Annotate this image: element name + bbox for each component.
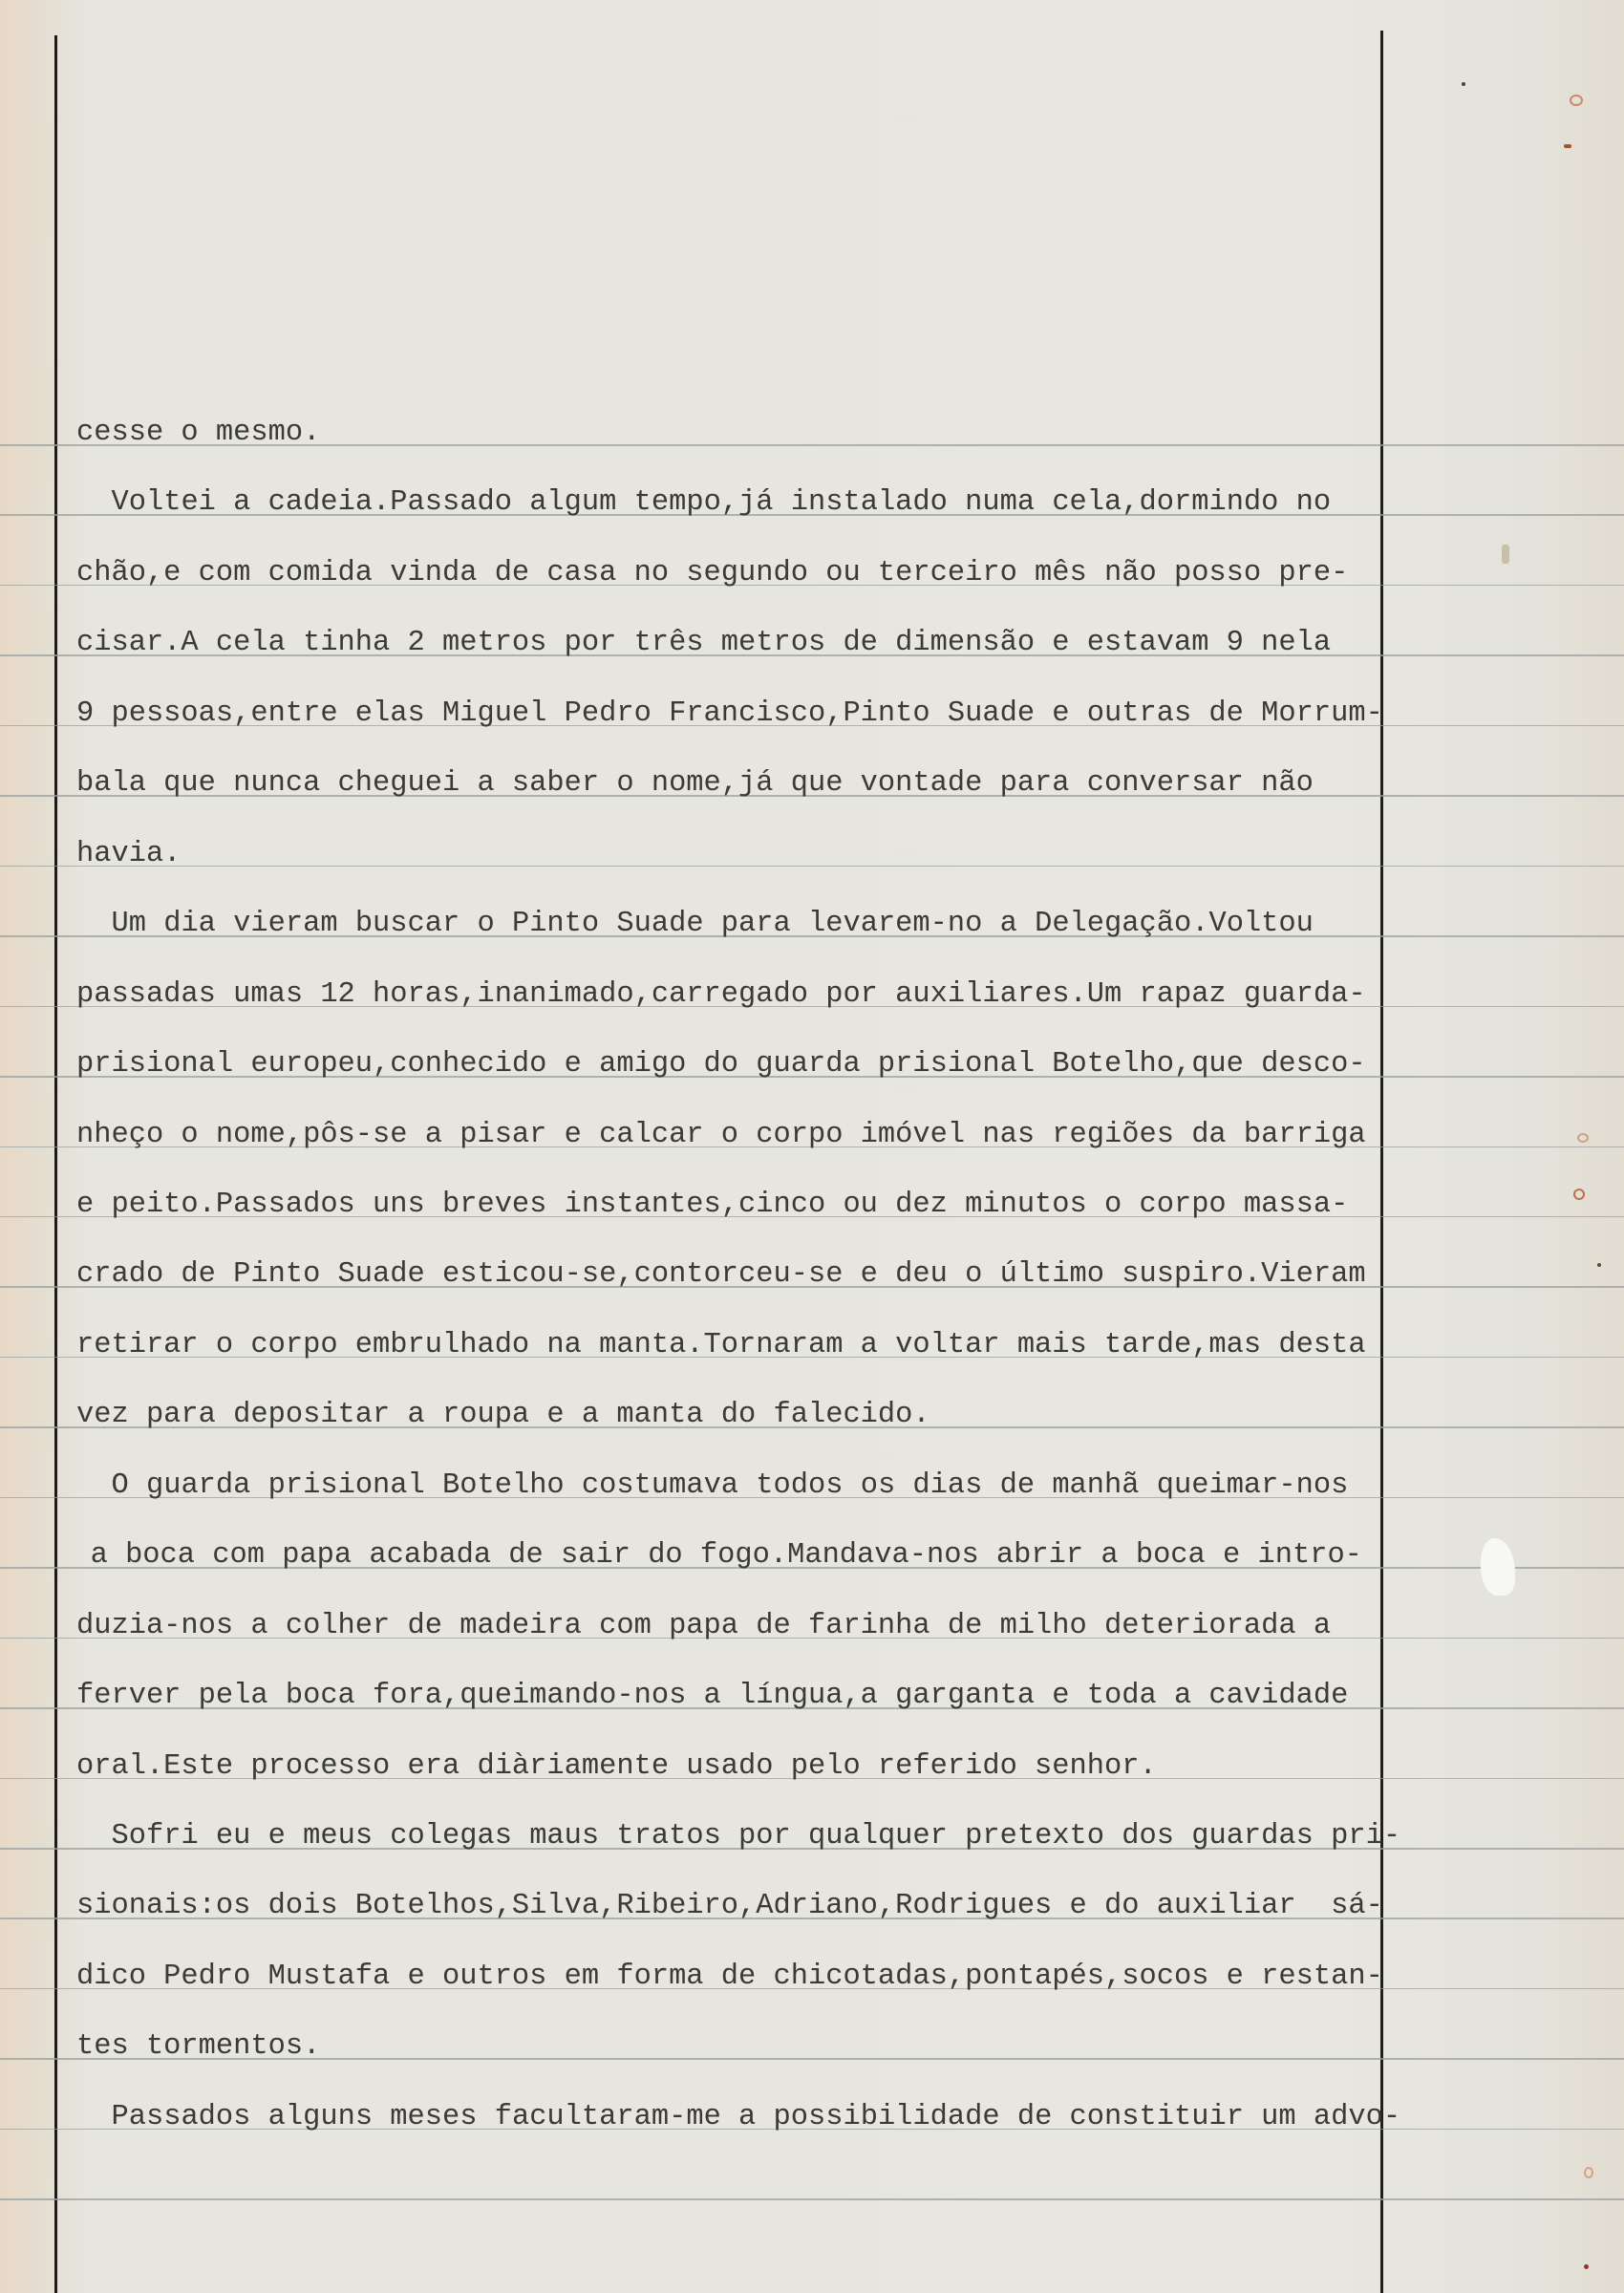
text-line: a boca com papa acabada de sair do fogo.… bbox=[91, 1541, 1362, 1570]
text-line: duzia-nos a colher de madeira com papa d… bbox=[76, 1612, 1331, 1640]
text-line: cesse o mesmo. bbox=[76, 418, 320, 447]
text-line: O guarda prisional Botelho costumava tod… bbox=[112, 1471, 1349, 1500]
text-line: chão,e com comida vinda de casa no segun… bbox=[76, 559, 1348, 588]
paper-tear-mark bbox=[1481, 1538, 1515, 1596]
left-margin-line bbox=[54, 35, 57, 2293]
text-line: havia. bbox=[76, 840, 181, 868]
text-line: bala que nunca cheguei a saber o nome,já… bbox=[76, 769, 1314, 798]
text-line: crado de Pinto Suade esticou-se,contorce… bbox=[76, 1260, 1366, 1289]
paper-stain-mark bbox=[1462, 82, 1465, 86]
text-line: dico Pedro Mustafa e outros em forma de … bbox=[76, 1962, 1383, 1991]
paper-stain-mark bbox=[1597, 1263, 1601, 1267]
ruled-line bbox=[0, 866, 1624, 868]
text-line: Passados alguns meses facultaram-me a po… bbox=[112, 2103, 1401, 2132]
text-line: passadas umas 12 horas,inanimado,carrega… bbox=[76, 980, 1366, 1009]
text-line: retirar o corpo embrulhado na manta.Torn… bbox=[76, 1331, 1366, 1360]
text-line: 9 pessoas,entre elas Miguel Pedro Franci… bbox=[76, 699, 1383, 728]
text-line: Um dia vieram buscar o Pinto Suade para … bbox=[112, 910, 1314, 938]
text-line: tes tormentos. bbox=[76, 2032, 320, 2061]
text-line: e peito.Passados uns breves instantes,ci… bbox=[76, 1190, 1348, 1219]
right-margin-line bbox=[1380, 31, 1383, 2293]
text-line: ferver pela boca fora,queimando-nos a lí… bbox=[76, 1682, 1348, 1710]
text-line: sionais:os dois Botelhos,Silva,Ribeiro,A… bbox=[76, 1892, 1383, 1920]
text-line: vez para depositar a roupa e a manta do … bbox=[76, 1401, 930, 1429]
paper-stain-mark bbox=[1577, 1133, 1589, 1143]
paper-stain-mark bbox=[1584, 2167, 1593, 2178]
text-line: nheço o nome,pôs-se a pisar e calcar o c… bbox=[76, 1121, 1366, 1149]
text-line: prisional europeu,conhecido e amigo do g… bbox=[76, 1050, 1366, 1079]
text-line: Voltei a cadeia.Passado algum tempo,já i… bbox=[112, 488, 1332, 517]
paper-stain-mark bbox=[1502, 545, 1509, 564]
ruled-line bbox=[0, 2198, 1624, 2200]
text-line: Sofri eu e meus colegas maus tratos por … bbox=[112, 1822, 1401, 1851]
text-line: cisar.A cela tinha 2 metros por três met… bbox=[76, 629, 1331, 657]
typewritten-page: cesse o mesmo. Voltei a cadeia.Passado a… bbox=[0, 0, 1624, 2293]
paper-stain-mark bbox=[1564, 144, 1571, 148]
paper-stain-mark bbox=[1584, 2264, 1589, 2269]
paper-stain-mark bbox=[1570, 95, 1583, 106]
paper-stain-mark bbox=[1573, 1189, 1585, 1200]
text-line: oral.Este processo era diàriamente usado… bbox=[76, 1752, 1157, 1781]
